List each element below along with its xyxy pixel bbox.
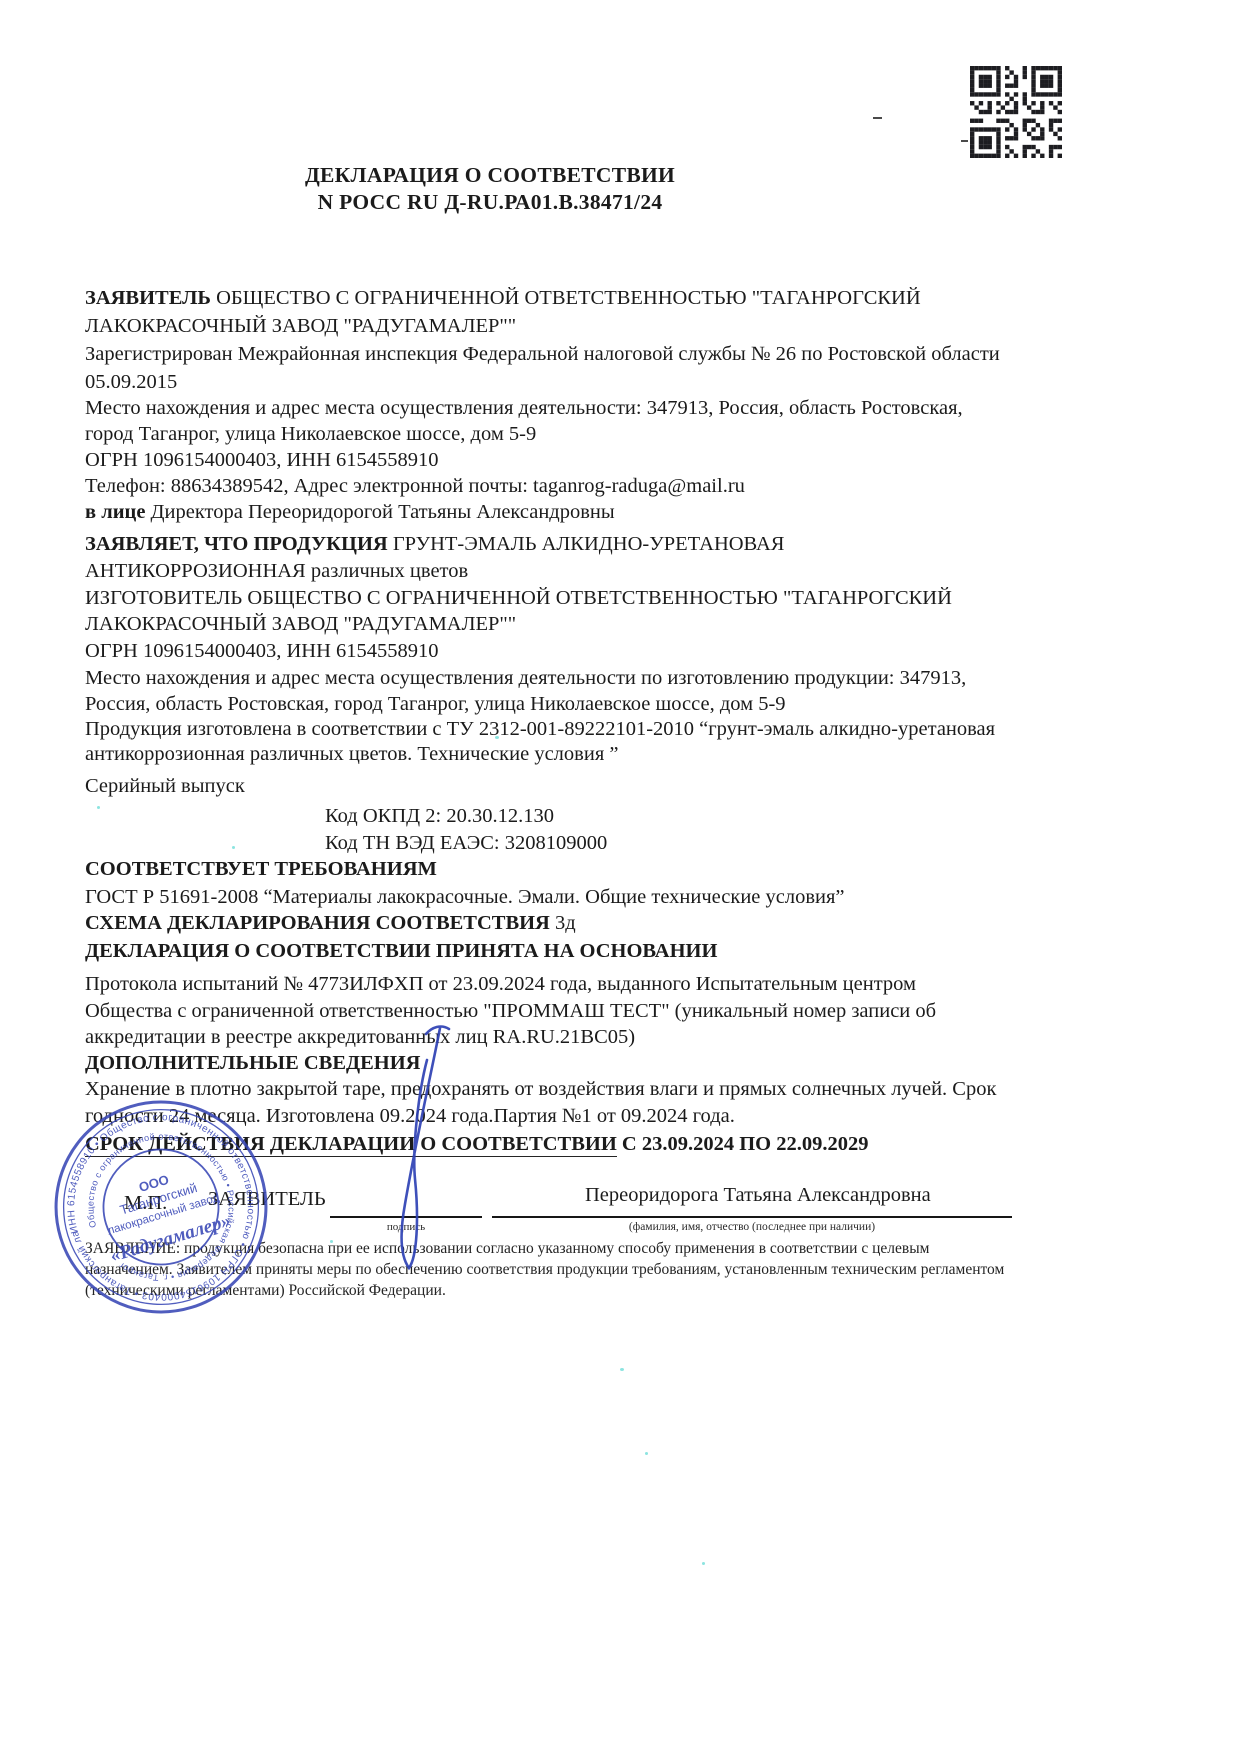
registered-line-2: 05.09.2015 xyxy=(85,371,177,395)
scan-speck xyxy=(495,736,499,739)
scheme-line: СХЕМА ДЕКЛАРИРОВАНИЯ СООТВЕТСТВИЯ 3д xyxy=(85,912,576,936)
qr-code-icon xyxy=(970,66,1062,158)
applicant-label: ЗАЯВИТЕЛЬ xyxy=(85,287,211,309)
document-title: ДЕКЛАРАЦИЯ О СООТВЕТСТВИИ xyxy=(85,163,895,188)
scheme-label: СХЕМА ДЕКЛАРИРОВАНИЯ СООТВЕТСТВИЯ xyxy=(85,912,550,934)
complies-heading: СООТВЕТСТВУЕТ ТРЕБОВАНИЯМ xyxy=(85,858,437,882)
declares-line-1: ЗАЯВЛЯЕТ, ЧТО ПРОДУКЦИЯ ГРУНТ-ЭМАЛЬ АЛКИ… xyxy=(85,533,784,557)
tu-line-2: антикоррозионная различных цветов. Техни… xyxy=(85,743,618,767)
scan-artifact-dash xyxy=(873,117,882,119)
mfg-address-line-2: Россия, область Ростовская, город Таганр… xyxy=(85,693,786,717)
name-line xyxy=(492,1216,1012,1218)
phone-email-line: Телефон: 88634389542, Адрес электронной … xyxy=(85,475,745,499)
protocol-line-1: Протокола испытаний № 4773ИЛФХП от 23.09… xyxy=(85,973,916,997)
gost-line: ГОСТ Р 51691-2008 “Материалы лакокрасочн… xyxy=(85,886,845,910)
address-line-1: Место нахождения и адрес места осуществл… xyxy=(85,397,963,421)
protocol-line-3: аккредитации в реестре аккредитованных л… xyxy=(85,1026,635,1050)
basis-heading: ДЕКЛАРАЦИЯ О СООТВЕТСТВИИ ПРИНЯТА НА ОСН… xyxy=(85,940,717,964)
scan-speck xyxy=(645,1452,648,1455)
scan-speck xyxy=(702,1562,705,1565)
declares-line-2: АНТИКОРРОЗИОННАЯ различных цветов xyxy=(85,560,468,584)
scan-speck xyxy=(330,1240,333,1243)
document-number: N РОСС RU Д-RU.РА01.В.38471/24 xyxy=(85,190,895,215)
okpd-code-line: Код ОКПД 2: 20.30.12.130 xyxy=(325,805,554,829)
in-person-label: в лице xyxy=(85,501,145,523)
mfg-address-line-1: Место нахождения и адрес места осуществл… xyxy=(85,667,966,691)
scan-speck xyxy=(232,846,235,849)
scan-artifact-dash xyxy=(961,140,968,142)
manufacturer-line-2: ЛАКОКРАСОЧНЫЙ ЗАВОД "РАДУГАМАЛЕР"" xyxy=(85,613,516,637)
ogrn-inn-line: ОГРН 1096154000403, ИНН 6154558910 xyxy=(85,449,439,473)
applicant-line-1: ЗАЯВИТЕЛЬ ОБЩЕСТВО С ОГРАНИЧЕННОЙ ОТВЕТС… xyxy=(85,287,921,311)
manufacturer-ogrn-line: ОГРН 1096154000403, ИНН 6154558910 xyxy=(85,640,439,664)
handwritten-signature xyxy=(368,1018,472,1290)
protocol-line-2: Общества с ограниченной ответственностью… xyxy=(85,1000,936,1024)
tnved-code-line: Код ТН ВЭД ЕАЭС: 3208109000 xyxy=(325,832,607,856)
declaration-document-page: ДЕКЛАРАЦИЯ О СООТВЕТСТВИИ N РОСС RU Д-RU… xyxy=(0,0,1240,1754)
serial-line: Серийный выпуск xyxy=(85,775,245,799)
declares-label: ЗАЯВЛЯЕТ, ЧТО ПРОДУКЦИЯ xyxy=(85,533,388,555)
address-line-2: город Таганрог, улица Николаевское шоссе… xyxy=(85,423,536,447)
tu-line-1: Продукция изготовлена в соответствии с Т… xyxy=(85,718,995,742)
signatory-name: Переоридорога Татьяна Александровна xyxy=(585,1184,931,1207)
registered-line-1: Зарегистрирован Межрайонная инспекция Фе… xyxy=(85,343,1000,367)
scan-speck xyxy=(97,806,100,809)
manufacturer-line-1: ИЗГОТОВИТЕЛЬ ОБЩЕСТВО С ОГРАНИЧЕННОЙ ОТВ… xyxy=(85,587,952,611)
in-person-line: в лице Директора Переоридорогой Татьяны … xyxy=(85,501,615,525)
scan-speck xyxy=(620,1368,624,1371)
name-caption: (фамилия, имя, отчество (последнее при н… xyxy=(492,1221,1012,1233)
applicant-line-2: ЛАКОКРАСОЧНЫЙ ЗАВОД "РАДУГАМАЛЕР"" xyxy=(85,315,516,339)
